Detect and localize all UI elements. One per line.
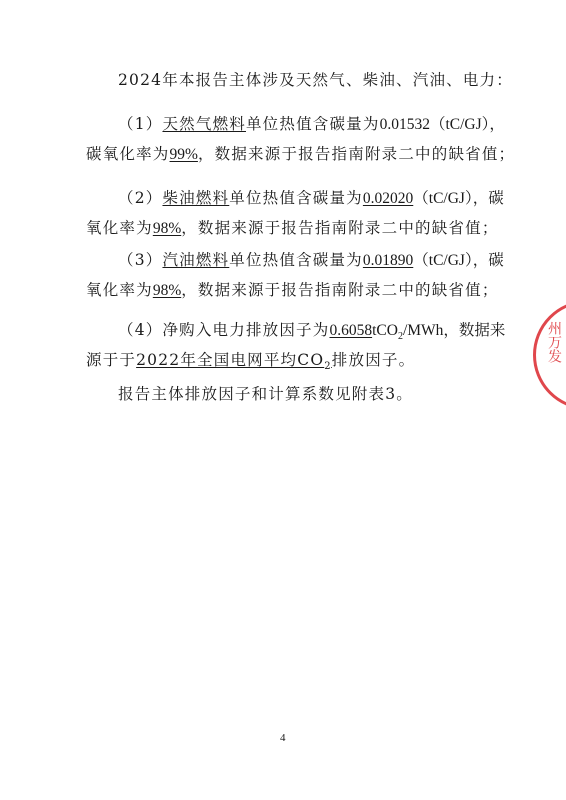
emission-factor-value: 0.6058 (329, 322, 372, 339)
closing-text: 报告主体排放因子和计算系数见附表3。 (118, 382, 413, 404)
item-3-line-1: （3）汽油燃料单位热值含碳量为0.01890（tC/GJ），碳 (118, 248, 504, 270)
fuel-name: 天然气燃料 (162, 115, 246, 133)
intro-text: 2024年本报告主体涉及天然气、柴油、汽油、电力： (118, 68, 513, 90)
unit: /MWh，数据来 (403, 322, 505, 339)
item-1-line-2: 碳氧化率为99%，数据来源于报告指南附录二中的缺省值； (86, 142, 515, 164)
label: 单位热值含碳量为 (246, 115, 380, 133)
label: （4）净购入电力排放因子为 (118, 321, 329, 339)
item-prefix: （3） (118, 251, 162, 269)
oxidation-rate: 99% (170, 146, 198, 163)
label: 碳氧化率为 (86, 145, 170, 163)
label: 氧化率为 (86, 281, 153, 299)
red-seal-stamp: 州万发 (533, 300, 566, 410)
item-1-line-1: （1）天然气燃料单位热值含碳量为0.01532（tC/GJ）， (118, 112, 505, 134)
label: 单位热值含碳量为 (229, 189, 363, 207)
oxidation-rate: 98% (153, 282, 181, 299)
source-text: ，数据来源于报告指南附录二中的缺省值； (198, 145, 515, 163)
label: 源于于 (86, 351, 136, 369)
carbon-content-value: 0.01890 (363, 252, 413, 269)
unit: （tC/GJ）， (430, 116, 505, 133)
unit: tCO (372, 322, 398, 339)
source-text: ，数据来源于报告指南附录二中的缺省值； (181, 281, 498, 299)
item-4-line-2: 源于于2022年全国电网平均CO2排放因子。 (86, 348, 415, 372)
item-2-line-1: （2）柴油燃料单位热值含碳量为0.02020（tC/GJ），碳 (118, 186, 504, 208)
stamp-text: 州万发 (544, 321, 564, 363)
unit: （tC/GJ），碳 (413, 190, 503, 207)
carbon-content-value: 0.01532 (380, 116, 430, 133)
page-number: 4 (280, 732, 286, 744)
item-prefix: （2） (118, 189, 162, 207)
fuel-name: 汽油燃料 (162, 251, 229, 269)
source-text: ，数据来源于报告指南附录二中的缺省值； (181, 219, 498, 237)
item-prefix: （1） (118, 115, 162, 133)
item-2-line-2: 氧化率为98%，数据来源于报告指南附录二中的缺省值； (86, 216, 499, 238)
item-4-line-1: （4）净购入电力排放因子为0.6058tCO2/MWh，数据来 (118, 318, 505, 342)
oxidation-rate: 98% (153, 220, 181, 237)
carbon-content-value: 0.02020 (363, 190, 413, 207)
label: 排放因子。 (332, 351, 416, 369)
subscript: 2 (324, 361, 332, 372)
fuel-name: 柴油燃料 (162, 189, 229, 207)
source-name: 2022年全国电网平均CO (136, 351, 324, 369)
label: 氧化率为 (86, 219, 153, 237)
unit: （tC/GJ），碳 (413, 252, 503, 269)
item-3-line-2: 氧化率为98%，数据来源于报告指南附录二中的缺省值； (86, 278, 499, 300)
label: 单位热值含碳量为 (229, 251, 363, 269)
